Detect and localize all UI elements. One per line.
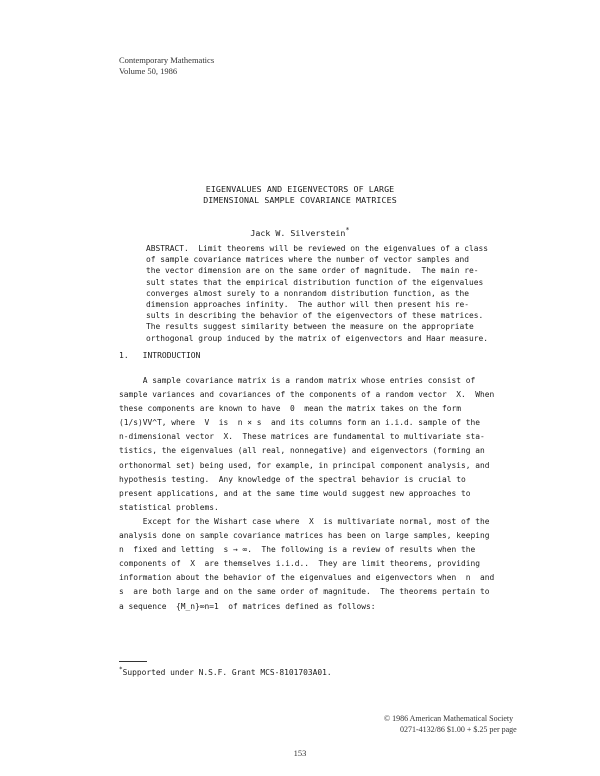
- copyright-notice: © 1986 American Mathematical Society 027…: [384, 713, 517, 735]
- author-footnote-mark: *: [345, 226, 349, 234]
- body-line: statistical problems.: [119, 501, 519, 515]
- author-name: Jack W. Silverstein: [250, 228, 345, 238]
- body-line: n-dimensional vector X. These matrices a…: [119, 430, 519, 444]
- footnote: *Supported under N.S.F. Grant MCS-810170…: [119, 666, 332, 677]
- body-line: information about the behavior of the ei…: [119, 571, 519, 585]
- section-title: INTRODUCTION: [143, 351, 201, 360]
- title-line-2: DIMENSIONAL SAMPLE COVARIANCE MATRICES: [0, 195, 600, 206]
- footnote-text: Supported under N.S.F. Grant MCS-8101703…: [123, 668, 332, 677]
- journal-name: Contemporary Mathematics: [119, 55, 214, 66]
- abstract-line: sults in describing the behavior of the …: [146, 310, 504, 321]
- section-heading: 1.INTRODUCTION: [119, 351, 214, 360]
- abstract-line: dimension approaches infinity. The autho…: [146, 299, 504, 310]
- abstract-line: The results suggest similarity between t…: [146, 321, 504, 332]
- abstract-line: ABSTRACT. Limit theorems will be reviewe…: [146, 243, 504, 254]
- journal-volume: Volume 50, 1986: [119, 66, 214, 77]
- page-number: 153: [0, 748, 600, 758]
- abstract-line: of sample covariance matrices where the …: [146, 254, 504, 265]
- body-line: Except for the Wishart case where X is m…: [119, 515, 519, 529]
- abstract-line: sult states that the empirical distribut…: [146, 277, 504, 288]
- footnote-divider: [119, 661, 147, 662]
- body-line: orthonormal set) being used, for example…: [119, 459, 519, 473]
- abstract: ABSTRACT. Limit theorems will be reviewe…: [146, 243, 504, 344]
- body-line: n fixed and letting s → ∞. The following…: [119, 543, 519, 557]
- body-line: present applications, and at the same ti…: [119, 487, 519, 501]
- paper-title: EIGENVALUES AND EIGENVECTORS OF LARGE DI…: [0, 184, 600, 206]
- copyright-line-2: 0271-4132/86 $1.00 + $.25 per page: [384, 724, 517, 735]
- abstract-line: orthogonal group induced by the matrix o…: [146, 333, 504, 344]
- body-line: tistics, the eigenvalues (all real, nonn…: [119, 444, 519, 458]
- title-line-1: EIGENVALUES AND EIGENVECTORS OF LARGE: [0, 184, 600, 195]
- body-line: hypothesis testing. Any knowledge of the…: [119, 473, 519, 487]
- body-line: s are both large and on the same order o…: [119, 585, 519, 599]
- abstract-line: converges almost surely to a nonrandom d…: [146, 288, 504, 299]
- abstract-line: the vector dimension are on the same ord…: [146, 265, 504, 276]
- body-line: A sample covariance matrix is a random m…: [119, 374, 519, 388]
- copyright-line-1: © 1986 American Mathematical Society: [384, 713, 517, 724]
- section-number: 1.: [119, 351, 129, 360]
- body-line: a sequence {M_n}∞n=1 of matrices defined…: [119, 600, 519, 614]
- body-line: (1/s)VV^T, where V is n × s and its colu…: [119, 416, 519, 430]
- body-line: sample variances and covariances of the …: [119, 388, 519, 402]
- author-line: Jack W. Silverstein*: [0, 226, 600, 238]
- body-line: these components are known to have 0 mea…: [119, 402, 519, 416]
- body-line: analysis done on sample covariance matri…: [119, 529, 519, 543]
- journal-header: Contemporary Mathematics Volume 50, 1986: [119, 55, 214, 77]
- body-paragraphs: A sample covariance matrix is a random m…: [119, 374, 519, 614]
- body-line: components of X are themselves i.i.d.. T…: [119, 557, 519, 571]
